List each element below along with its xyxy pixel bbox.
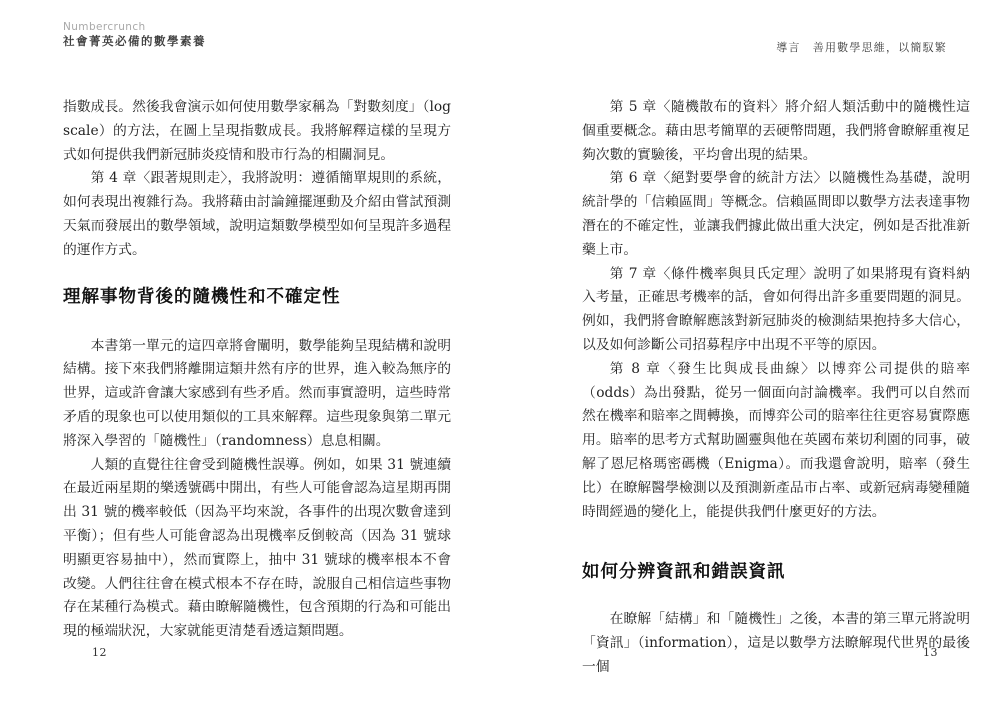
paragraph-lottery-intuition: 人類的直覺往往會受到隨機性誤導。例如，如果 31 號連續在最近兩星期的樂透號碼中… <box>63 454 451 644</box>
running-header-left: Numbercrunch 社會菁英必備的數學素養 <box>63 20 206 50</box>
book-spread: Numbercrunch 社會菁英必備的數學素養 導言 善用數學思維，以簡馭繁 … <box>0 0 1000 701</box>
section-heading-randomness: 理解事物背後的隨機性和不確定性 <box>63 285 451 309</box>
book-title: 社會菁英必備的數學素養 <box>63 34 206 50</box>
left-page-body: 指數成長。然後我會演示如何使用數學家稱為「對數刻度」（log scale）的方法… <box>63 96 451 644</box>
paragraph-chapter8: 第 8 章〈發生比與成長曲線〉以博弈公司提供的賠率（odds）為出發點，從另一個… <box>582 358 970 525</box>
paragraph-chapter6: 第 6 章〈絕對要學會的統計方法〉以隨機性為基礎，說明統計學的「信賴區間」等概念… <box>582 167 970 262</box>
paragraph-chapter4: 第 4 章〈跟著規則走〉，我將說明：遵循簡單規則的系統，如何表現出複雜行為。我將… <box>63 167 451 262</box>
right-page-body: 第 5 章〈隨機散布的資料〉將介紹人類活動中的隨機性這個重要概念。藉由思考簡單的… <box>582 96 970 680</box>
paragraph-chapter5: 第 5 章〈隨機散布的資料〉將介紹人類活動中的隨機性這個重要概念。藉由思考簡單的… <box>582 96 970 167</box>
paragraph-chapter7: 第 7 章〈條件機率與貝氏定理〉說明了如果將現有資料納入考量，正確思考機率的話，… <box>582 263 970 358</box>
paragraph-information-intro: 在瞭解「結構」和「隨機性」之後，本書的第三單元將說明「資訊」（informati… <box>582 608 970 679</box>
page-number-left: 12 <box>92 646 107 659</box>
book-series-name: Numbercrunch <box>63 20 206 34</box>
paragraph-log-scale: 指數成長。然後我會演示如何使用數學家稱為「對數刻度」（log scale）的方法… <box>63 96 451 167</box>
running-header-right: 導言 善用數學思維，以簡馭繁 <box>776 39 947 55</box>
paragraph-unit-two-intro: 本書第一單元的這四章將會闡明，數學能夠呈現結構和說明結構。接下來我們將離開這類井… <box>63 335 451 454</box>
page-number-right: 13 <box>923 646 938 659</box>
section-heading-information: 如何分辨資訊和錯誤資訊 <box>582 560 970 584</box>
